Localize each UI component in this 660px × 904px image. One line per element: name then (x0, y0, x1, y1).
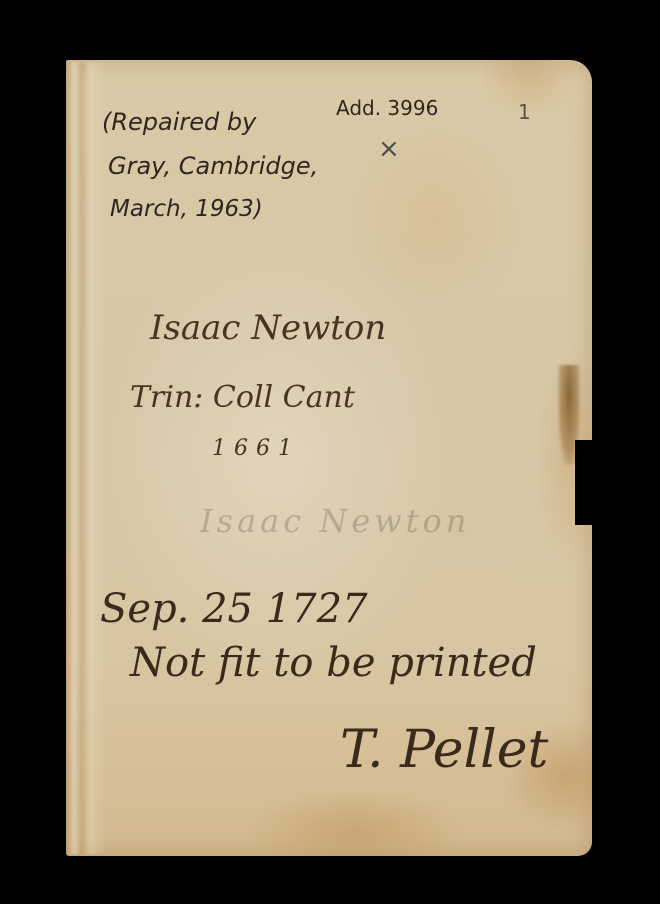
repair-note-line-2: Gray, Cambridge, (108, 152, 318, 180)
pencil-signature: Isaac Newton (200, 502, 470, 540)
annotation-signature: T. Pellet (340, 720, 548, 780)
annotation-verdict: Not fit to be printed (130, 640, 537, 686)
binding-spine (66, 62, 106, 854)
cross-mark: × (378, 134, 400, 164)
repair-note-line-1: (Repaired by (102, 108, 256, 136)
page-marker: 1 (518, 100, 531, 124)
annotation-date: Sep. 25 1727 (100, 586, 368, 632)
repair-note-line-3: March, 1963) (110, 196, 263, 222)
shelfmark: Add. 3996 (336, 96, 438, 120)
edge-damage (575, 440, 595, 525)
owner-year: 1661 (212, 436, 300, 461)
owner-name: Isaac Newton (150, 308, 386, 348)
owner-college: Trin: Coll Cant (130, 380, 355, 415)
